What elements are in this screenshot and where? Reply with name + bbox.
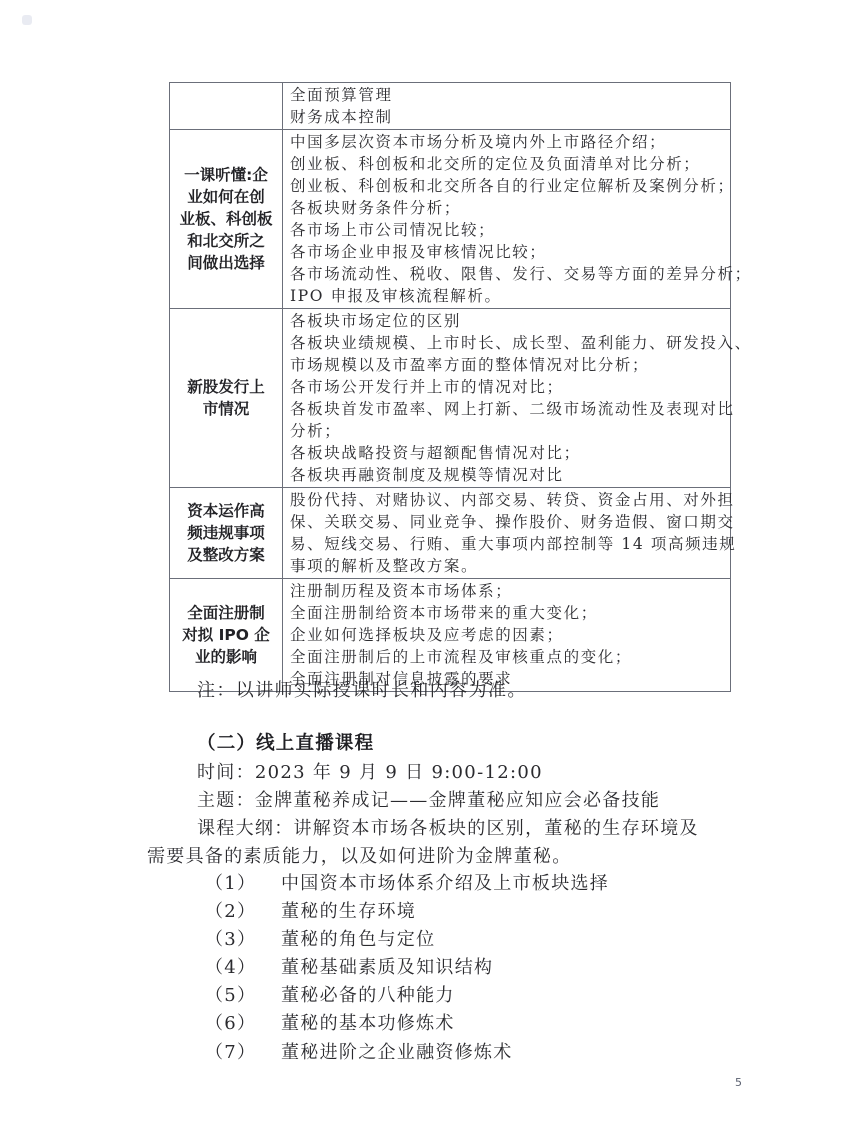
outline-list: （1） 中国资本市场体系介绍及上市板块选择 （2） 董秘的生存环境 （3） 董秘… xyxy=(205,870,609,1067)
content-line: 各板块市场定位的区别 xyxy=(290,310,726,332)
topic-line: 间做出选择 xyxy=(172,252,280,274)
course-time: 时间：2023 年 9 月 9 日 9:00-12:00 xyxy=(147,759,737,787)
content-line: 企业如何选择板块及应考虑的因素； xyxy=(290,624,726,646)
content-cell: 注册制历程及资本市场体系； 全面注册制给资本市场带来的重大变化； 企业如何选择板… xyxy=(283,579,731,692)
content-line: IPO 申报及审核流程解析。 xyxy=(290,285,726,307)
item-text: 董秘的基本功修炼术 xyxy=(281,1010,455,1038)
item-number: （5） xyxy=(205,982,281,1010)
topic-line: 资本运作高 xyxy=(172,500,280,522)
table-row: 全面预算管理 财务成本控制 xyxy=(170,83,731,130)
list-item: （7） 董秘进阶之企业融资修炼术 xyxy=(205,1039,609,1067)
item-number: （6） xyxy=(205,1010,281,1038)
content-line: 财务成本控制 xyxy=(290,106,726,128)
content-line: 各市场公开发行并上市的情况对比； xyxy=(290,376,726,398)
topic-line: 频违规事项 xyxy=(172,522,280,544)
content-cell: 各板块市场定位的区别 各板块业绩规模、上市时长、成长型、盈利能力、研发投入、 市… xyxy=(283,309,731,488)
content-line: 全面注册制后的上市流程及审核重点的变化； xyxy=(290,646,726,668)
content-cell: 全面预算管理 财务成本控制 xyxy=(283,83,731,130)
list-item: （2） 董秘的生存环境 xyxy=(205,898,609,926)
topic-line: 一课听懂:企 xyxy=(172,164,280,186)
item-text: 董秘基础素质及知识结构 xyxy=(281,954,493,982)
list-item: （1） 中国资本市场体系介绍及上市板块选择 xyxy=(205,870,609,898)
topic-cell: 新股发行上 市情况 xyxy=(170,309,283,488)
content-line: 各市场流动性、税收、限售、发行、交易等方面的差异分析； xyxy=(290,263,726,285)
content-cell: 股份代持、对赌协议、内部交易、转贷、资金占用、对外担 保、关联交易、同业竞争、操… xyxy=(283,488,731,579)
section-heading: （二）线上直播课程 xyxy=(197,730,374,758)
topic-line: 对拟 IPO 企 xyxy=(172,624,280,646)
page-number: 5 xyxy=(735,1076,742,1089)
topic-line: 业如何在创 xyxy=(172,186,280,208)
course-info: 时间：2023 年 9 月 9 日 9:00-12:00 主题：金牌董秘养成记—… xyxy=(147,759,737,871)
topic-line: 及整改方案 xyxy=(172,544,280,566)
list-item: （5） 董秘必备的八种能力 xyxy=(205,982,609,1010)
content-line: 各市场企业申报及审核情况比较； xyxy=(290,241,726,263)
item-text: 董秘必备的八种能力 xyxy=(281,982,455,1010)
list-item: （6） 董秘的基本功修炼术 xyxy=(205,1010,609,1038)
topic-cell: 一课听懂:企 业如何在创 业板、科创板 和北交所之 间做出选择 xyxy=(170,130,283,309)
content-line: 全面注册制给资本市场带来的重大变化； xyxy=(290,602,726,624)
list-item: （3） 董秘的角色与定位 xyxy=(205,926,609,954)
item-text: 中国资本市场体系介绍及上市板块选择 xyxy=(281,870,609,898)
table-row: 新股发行上 市情况 各板块市场定位的区别 各板块业绩规模、上市时长、成长型、盈利… xyxy=(170,309,731,488)
topic-line: 全面注册制 xyxy=(172,602,280,624)
content-line: 中国多层次资本市场分析及境内外上市路径介绍； xyxy=(290,131,726,153)
scan-artifact xyxy=(22,15,32,25)
content-line: 易、短线交易、行贿、重大事项内部控制等 14 项高频违规 xyxy=(290,533,726,555)
content-line: 各板块首发市盈率、网上打新、二级市场流动性及表现对比 xyxy=(290,398,726,420)
content-line: 各板块再融资制度及规模等情况对比 xyxy=(290,464,726,486)
topic-cell: 全面注册制 对拟 IPO 企 业的影响 xyxy=(170,579,283,692)
item-text: 董秘的生存环境 xyxy=(281,898,416,926)
topic-line: 业的影响 xyxy=(172,646,280,668)
topic-cell: 资本运作高 频违规事项 及整改方案 xyxy=(170,488,283,579)
content-line: 市场规模以及市盈率方面的整体情况对比分析； xyxy=(290,354,726,376)
content-line: 股份代持、对赌协议、内部交易、转贷、资金占用、对外担 xyxy=(290,489,726,511)
course-content-table: 全面预算管理 财务成本控制 一课听懂:企 业如何在创 业板、科创板 和北交所之 … xyxy=(169,82,731,692)
topic-line: 新股发行上 xyxy=(172,376,280,398)
content-line: 全面预算管理 xyxy=(290,84,726,106)
content-line: 创业板、科创板和北交所的定位及负面清单对比分析； xyxy=(290,153,726,175)
topic-line: 和北交所之 xyxy=(172,230,280,252)
topic-cell xyxy=(170,83,283,130)
table-row: 全面注册制 对拟 IPO 企 业的影响 注册制历程及资本市场体系； 全面注册制给… xyxy=(170,579,731,692)
content-line: 保、关联交易、同业竞争、操作股价、财务造假、窗口期交 xyxy=(290,511,726,533)
course-theme: 主题：金牌董秘养成记——金牌董秘应知应会必备技能 xyxy=(147,787,737,815)
content-line: 各板块财务条件分析； xyxy=(290,197,726,219)
table-row: 资本运作高 频违规事项 及整改方案 股份代持、对赌协议、内部交易、转贷、资金占用… xyxy=(170,488,731,579)
content-line: 注册制历程及资本市场体系； xyxy=(290,580,726,602)
item-number: （1） xyxy=(205,870,281,898)
content-line: 各市场上市公司情况比较； xyxy=(290,219,726,241)
table-note: 注：以讲师实际授课时长和内容为准。 xyxy=(197,678,527,704)
item-number: （3） xyxy=(205,926,281,954)
content-cell: 中国多层次资本市场分析及境内外上市路径介绍； 创业板、科创板和北交所的定位及负面… xyxy=(283,130,731,309)
content-line: 创业板、科创板和北交所各自的行业定位解析及案例分析； xyxy=(290,175,726,197)
topic-line: 市情况 xyxy=(172,398,280,420)
table-row: 一课听懂:企 业如何在创 业板、科创板 和北交所之 间做出选择 中国多层次资本市… xyxy=(170,130,731,309)
content-line: 各板块战略投资与超额配售情况对比； xyxy=(290,442,726,464)
content-line: 各板块业绩规模、上市时长、成长型、盈利能力、研发投入、 xyxy=(290,332,726,354)
item-number: （7） xyxy=(205,1039,281,1067)
item-text: 董秘的角色与定位 xyxy=(281,926,435,954)
item-text: 董秘进阶之企业融资修炼术 xyxy=(281,1039,513,1067)
list-item: （4） 董秘基础素质及知识结构 xyxy=(205,954,609,982)
content-line: 分析； xyxy=(290,420,726,442)
item-number: （4） xyxy=(205,954,281,982)
topic-line: 业板、科创板 xyxy=(172,208,280,230)
item-number: （2） xyxy=(205,898,281,926)
course-outline-intro-cont: 需要具备的素质能力，以及如何进阶为金牌董秘。 xyxy=(147,843,737,871)
course-outline-intro: 课程大纲：讲解资本市场各板块的区别，董秘的生存环境及 xyxy=(147,815,737,843)
content-line: 事项的解析及整改方案。 xyxy=(290,555,726,577)
